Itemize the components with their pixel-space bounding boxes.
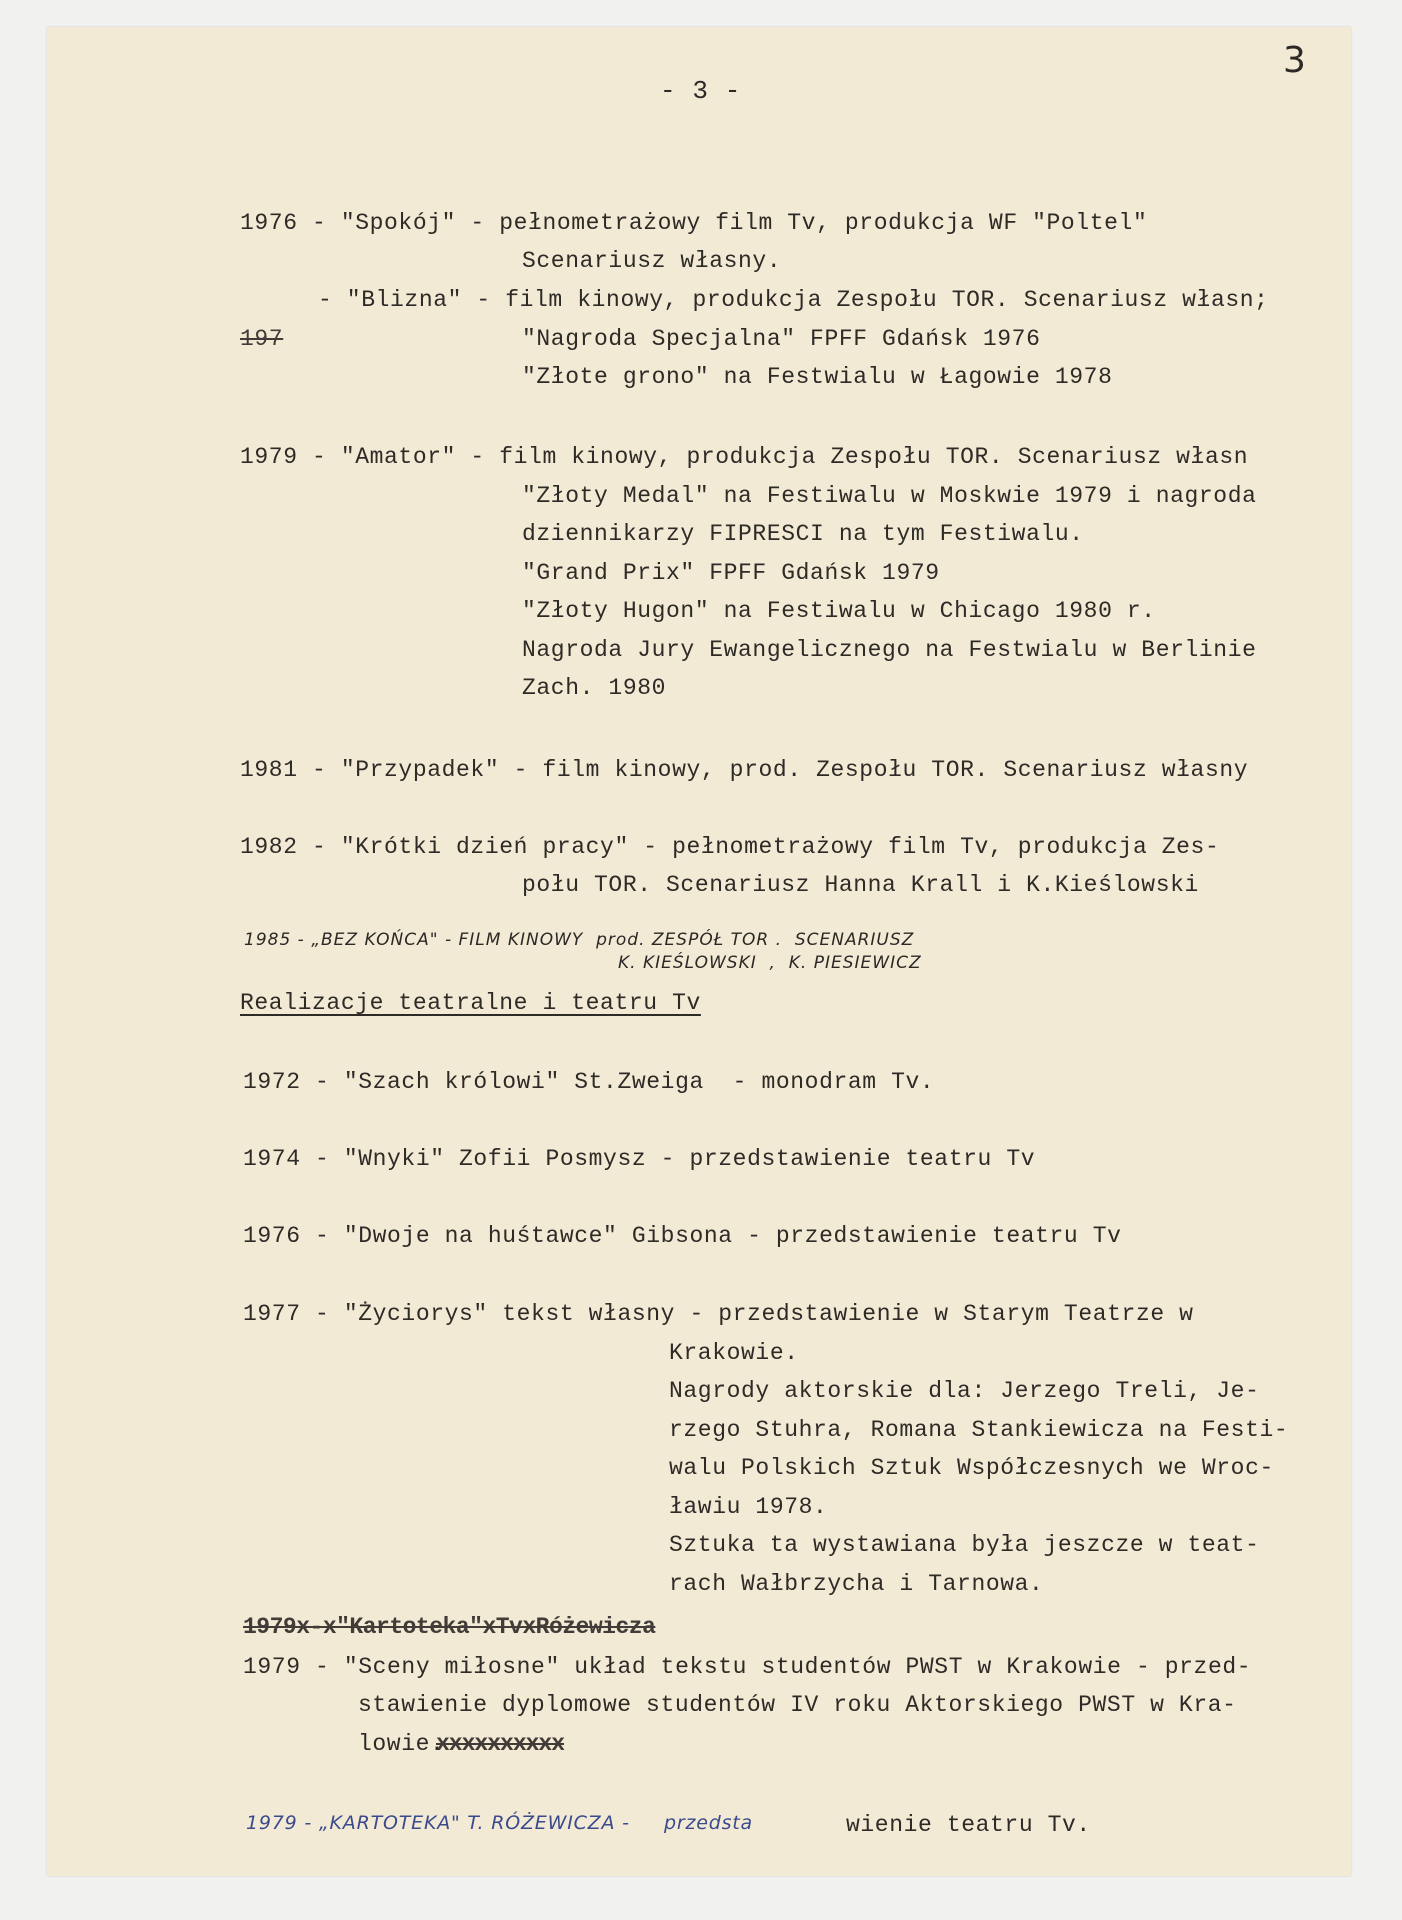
film-entry-blizna-line3: "Złote grono" na Festwialu w Łagowie 197…	[522, 358, 1113, 396]
film-entry-blizna-line2: "Nagroda Specjalna" FPFF Gdańsk 1976	[522, 320, 1040, 358]
film-entry-1976-line1: 1976 - "Spokój" - pełnometrażowy film Tv…	[240, 204, 1147, 242]
theatre-entry-1977-line7: Sztuka ta wystawiana była jeszcze w teat…	[669, 1526, 1260, 1564]
handwritten-page-number: 3	[1283, 40, 1307, 81]
handwritten-1985-line2: K. KIEŚLOWSKI , K. PIESIEWICZ	[618, 953, 922, 973]
film-entry-1979-line6: Nagroda Jury Ewangelicznego na Festwialu…	[522, 631, 1257, 669]
film-entry-1979-line4: "Grand Prix" FPFF Gdańsk 1979	[522, 554, 940, 592]
film-entry-1979-line2: "Złoty Medal" na Festiwalu w Moskwie 197…	[522, 477, 1257, 515]
struck-out-line-kartoteka: 1979x-x"Kartoteka"xTvxRóżewicza	[243, 1608, 655, 1646]
theatre-entry-1974: 1974 - "Wnyki" Zofii Posmysz - przedstaw…	[243, 1140, 1035, 1178]
section-heading-theatre: Realizacje teatralne i teatru Tv	[240, 984, 701, 1022]
theatre-entry-1979-line1: 1979 - "Sceny miłosne" układ tekstu stud…	[243, 1648, 1251, 1686]
film-entry-1979-line7: Zach. 1980	[522, 669, 666, 707]
theatre-entry-1977-line2: Krakowie.	[669, 1334, 799, 1372]
theatre-entry-1977-line5: walu Polskich Sztuk Współczesnych we Wro…	[669, 1449, 1274, 1487]
film-entry-1981: 1981 - "Przypadek" - film kinowy, prod. …	[240, 751, 1248, 789]
theatre-entry-1979-line2: stawienie dyplomowe studentów IV roku Ak…	[358, 1686, 1237, 1724]
theatre-entry-1977-line8: rach Wałbrzycha i Tarnowa.	[669, 1565, 1043, 1603]
film-entry-blizna-line1: - "Blizna" - film kinowy, produkcja Zesp…	[318, 281, 1269, 319]
theatre-entry-1977-line6: ławiu 1978.	[669, 1488, 827, 1526]
film-entry-1979-line5: "Złoty Hugon" na Festiwalu w Chicago 198…	[522, 592, 1156, 630]
theatre-entry-1972: 1972 - "Szach królowi" St.Zweiga - monod…	[243, 1063, 934, 1101]
theatre-entry-1977-line4: rzego Stuhra, Romana Stankiewicza na Fes…	[669, 1411, 1288, 1449]
struck-margin-year: 197	[240, 320, 283, 358]
handwritten-1985-line1: 1985 - „BEZ KOŃCA" - FILM KINOWY prod. Z…	[244, 930, 914, 950]
typed-1979-kartoteka-tail: wienie teatru Tv.	[846, 1806, 1091, 1844]
theatre-entry-1976: 1976 - "Dwoje na huśtawce" Gibsona - prz…	[243, 1217, 1122, 1255]
film-entry-1982-line1: 1982 - "Krótki dzień pracy" - pełnometra…	[240, 828, 1219, 866]
film-entry-1979-line1: 1979 - "Amator" - film kinowy, produkcja…	[240, 438, 1248, 476]
handwritten-1979-kartoteka: 1979 - „KARTOTEKA" T. RÓŻEWICZA - przeds…	[246, 1812, 753, 1834]
page-header: - 3 -	[660, 72, 741, 110]
theatre-entry-1977-line3: Nagrody aktorskie dla: Jerzego Treli, Je…	[669, 1372, 1260, 1410]
film-entry-1976-line2: Scenariusz własny.	[522, 242, 781, 280]
theatre-entry-1977-line1: 1977 - "Życiorys" tekst własny - przedst…	[243, 1295, 1194, 1333]
struck-out-xxx: xxxxxxxxxx	[436, 1725, 564, 1763]
film-entry-1979-line3: dziennikarzy FIPRESCI na tym Festiwalu.	[522, 515, 1084, 553]
theatre-entry-1979-line3: lowie.	[358, 1725, 444, 1763]
film-entry-1982-line2: połu TOR. Scenariusz Hanna Krall i K.Kie…	[522, 866, 1199, 904]
